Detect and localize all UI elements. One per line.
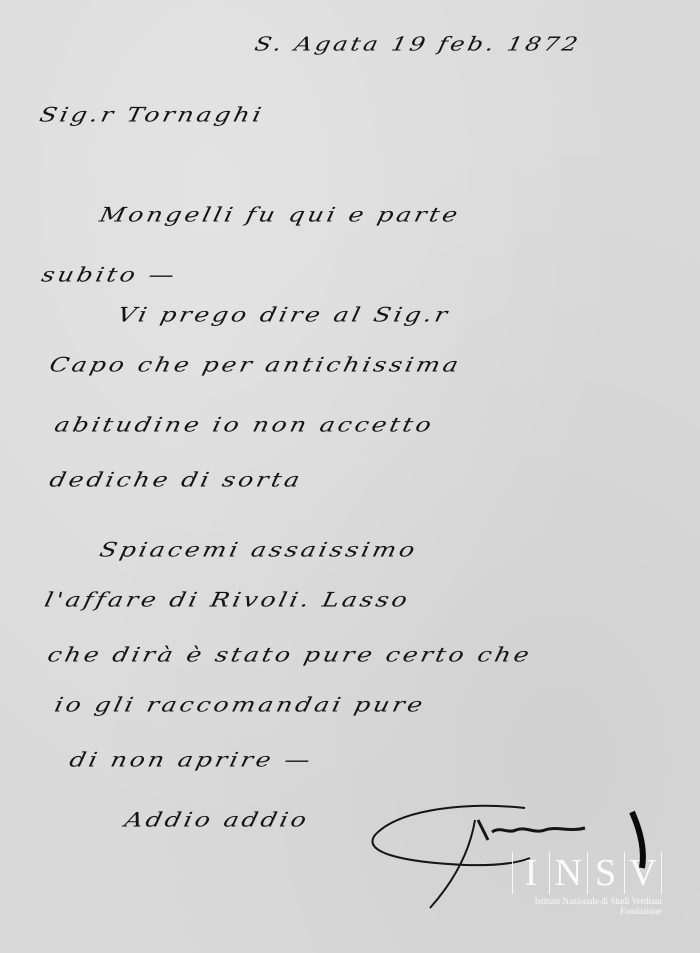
body-line-2: subito —: [40, 263, 180, 286]
watermark-institution: Istituto Nazionale di Studi Verdiani: [512, 896, 662, 906]
body-line-4: Capo che per antichissima: [48, 353, 464, 376]
body-line-7: Spiacemi assaissimo: [98, 538, 420, 561]
watermark-letter: S: [588, 852, 625, 894]
watermark-letter: I: [513, 852, 550, 894]
body-line-9: che dirà è stato pure certo che: [46, 643, 535, 666]
salutation: Sig.r Tornaghi: [38, 103, 267, 126]
body-line-11: di non aprire —: [68, 748, 316, 771]
watermark-letter: V: [625, 852, 662, 894]
watermark-foundation: Fondazione: [512, 906, 662, 916]
body-line-5: abitudine io non accetto: [53, 413, 437, 436]
body-line-3: Vi prego dire al Sig.r: [116, 303, 453, 326]
closing: Addio addio: [123, 808, 312, 831]
place-date: S. Agata 19 feb. 1872: [253, 33, 583, 55]
body-line-10: io gli raccomandai pure: [53, 693, 428, 716]
body-line-8: l'affare di Rivoli. Lasso: [43, 588, 413, 611]
body-line-1: Mongelli fu qui e parte: [98, 203, 463, 226]
watermark-letter: N: [550, 852, 587, 894]
insv-watermark: I N S V Istituto Nazionale di Studi Verd…: [512, 852, 662, 917]
body-line-6: dediche di sorta: [48, 468, 305, 491]
